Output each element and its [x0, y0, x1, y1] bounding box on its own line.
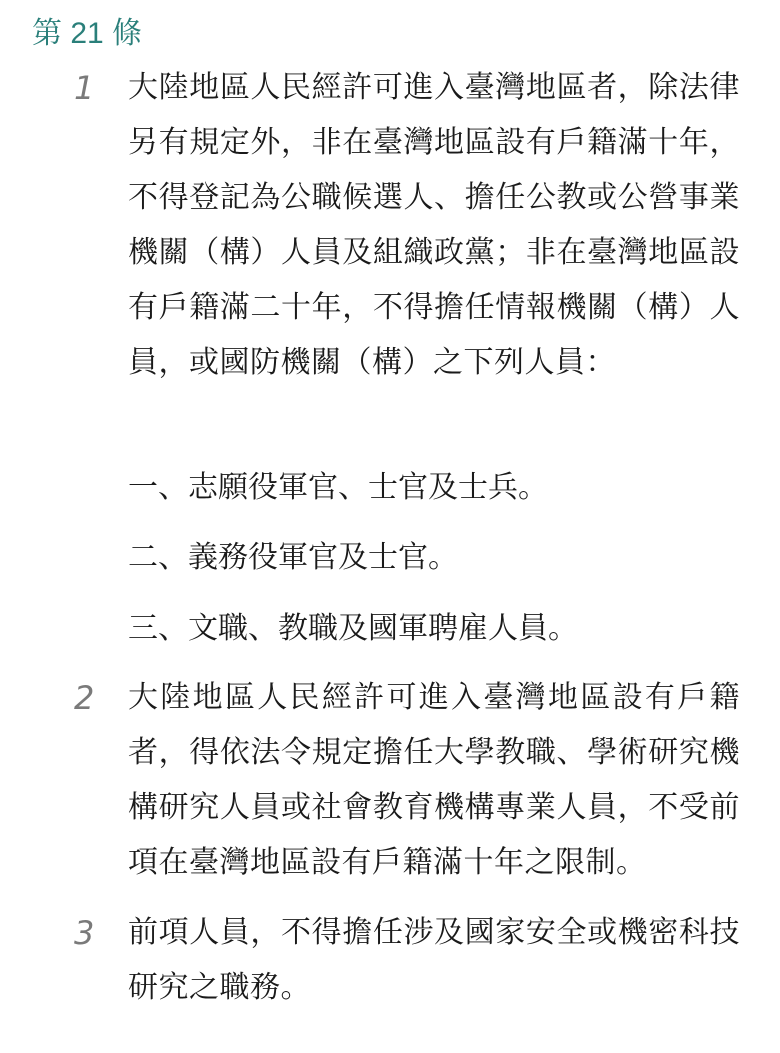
paragraph-text: 大陸地區人民經許可進入臺灣地區者，除法律另有規定外，非在臺灣地區設有戶籍滿十年，… — [128, 60, 740, 390]
list-item: 三、文職、教職及國軍聘雇人員。 — [128, 607, 748, 651]
paragraph-text: 前項人員，不得擔任涉及國家安全或機密科技研究之職務。 — [128, 905, 740, 1015]
list-item: 二、義務役軍官及士官。 — [128, 536, 748, 580]
paragraph-number: 3 — [74, 905, 104, 961]
paragraph-text: 大陸地區人民經許可進入臺灣地區設有戶籍者，得依法令規定擔任大學教職、學術研究機構… — [128, 670, 740, 890]
list-item: 一、志願役軍官、士官及士兵。 — [128, 466, 748, 510]
paragraph-number: 1 — [74, 60, 104, 116]
article-title: 第 21 條 — [32, 12, 142, 56]
paragraph-number: 2 — [74, 670, 104, 726]
